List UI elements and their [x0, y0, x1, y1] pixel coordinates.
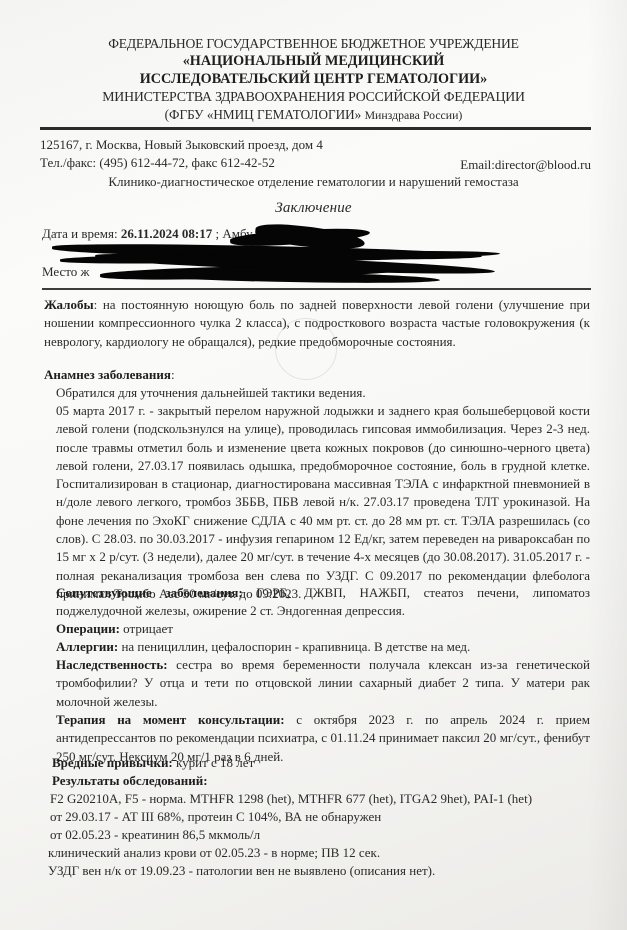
operations-label: Операции:: [56, 621, 120, 636]
allergies-label: Аллергии:: [56, 639, 118, 654]
comorbid-label: Сопутствующие заболевания:: [56, 585, 243, 600]
complaints-label: Жалобы: [44, 297, 94, 312]
allergies-section: Аллергии: на пенициллин, цефалоспорин - …: [56, 638, 602, 656]
header-org-type: ФЕДЕРАЛЬНОЕ ГОСУДАРСТВЕННОЕ БЮДЖЕТНОЕ УЧ…: [0, 36, 627, 52]
results-label: Результаты обследований:: [52, 773, 208, 788]
header-org-name-1: «НАЦИОНАЛЬНЫЙ МЕДИЦИНСКИЙ: [0, 53, 627, 70]
section-divider: [42, 288, 591, 290]
operations-section: Операции: отрицает: [56, 620, 602, 638]
header-org-name-2: ИССЛЕДОВАТЕЛЬСКИЙ ЦЕНТР ГЕМАТОЛОГИИ»: [0, 71, 627, 88]
email: Email:director@blood.ru: [460, 157, 591, 173]
results-heading: Результаты обследований:: [52, 772, 598, 790]
place-line: Место ж: [42, 264, 90, 280]
comorbid-section: Сопутствующие заболевания: ГЭРБ, ДЖВП, Н…: [56, 584, 590, 621]
header-short-name-small: Минздрава России): [365, 108, 463, 122]
header-short-name-main: (ФГБУ «НМИЦ ГЕМАТОЛОГИИ»: [165, 107, 362, 122]
date-time-line: Дата и время: 26.11.2024 08:17 ; Амбу: [42, 226, 253, 242]
page-edge-shadow: [587, 0, 627, 930]
phone-fax: Тел./факс: (495) 612-44-72, факс 612-42-…: [40, 155, 275, 171]
habits-text: курит с 18 лет: [173, 755, 254, 770]
habits-section: Вредные привычки: курит с 18 лет: [52, 754, 598, 772]
heredity-section: Наследственность: сестра во время береме…: [56, 656, 590, 711]
date-time-label: Дата и время:: [42, 226, 121, 241]
complaints-text: : на постоянную ноющую боль по задней по…: [44, 297, 590, 349]
address: 125167, г. Москва, Новый Зыковский проез…: [40, 137, 323, 153]
heredity-label: Наследственность:: [56, 657, 168, 672]
allergies-text: на пенициллин, цефалоспорин - крапивница…: [118, 639, 470, 654]
results-line: F2 G20210A, F5 - норма. MTHFR 1298 (het)…: [50, 790, 596, 808]
anamnesis-intro: Обратился для уточнения дальнейшей такти…: [56, 384, 590, 402]
anamnesis-history: 05 марта 2017 г. - закрытый перелом нару…: [56, 402, 590, 603]
medical-report-page: ФЕДЕРАЛЬНОЕ ГОСУДАРСТВЕННОЕ БЮДЖЕТНОЕ УЧ…: [0, 0, 627, 930]
results-line: клинический анализ крови от 02.05.23 - в…: [48, 844, 594, 862]
anamnesis-label: Анамнез заболевания: [44, 367, 171, 382]
header-ministry: МИНИСТЕРСТВА ЗДРАВООХРАНЕНИЯ РОССИЙСКОЙ …: [0, 89, 627, 105]
results-line: от 29.03.17 - АТ III 68%, протеин С 104%…: [50, 808, 596, 826]
complaints-section: Жалобы: на постоянную ноющую боль по зад…: [44, 296, 590, 351]
date-time-value: 26.11.2024 08:17: [121, 226, 212, 241]
results-line: УЗДГ вен н/к от 19.09.23 - патологии вен…: [48, 862, 594, 880]
anamnesis-colon: :: [171, 367, 175, 382]
results-line: от 02.05.23 - креатинин 86,5 мкмоль/л: [50, 826, 596, 844]
department: Клинико-диагностическое отделение гемато…: [0, 174, 627, 190]
therapy-label: Терапия на момент консультации:: [56, 712, 285, 727]
document-title: Заключение: [0, 200, 627, 217]
header-short-name: (ФГБУ «НМИЦ ГЕМАТОЛОГИИ» Минздрава Росси…: [0, 107, 627, 123]
anamnesis-heading: Анамнез заболевания:: [44, 366, 590, 384]
habits-label: Вредные привычки:: [52, 755, 173, 770]
header-divider: [40, 127, 591, 130]
operations-text: отрицает: [120, 621, 173, 636]
